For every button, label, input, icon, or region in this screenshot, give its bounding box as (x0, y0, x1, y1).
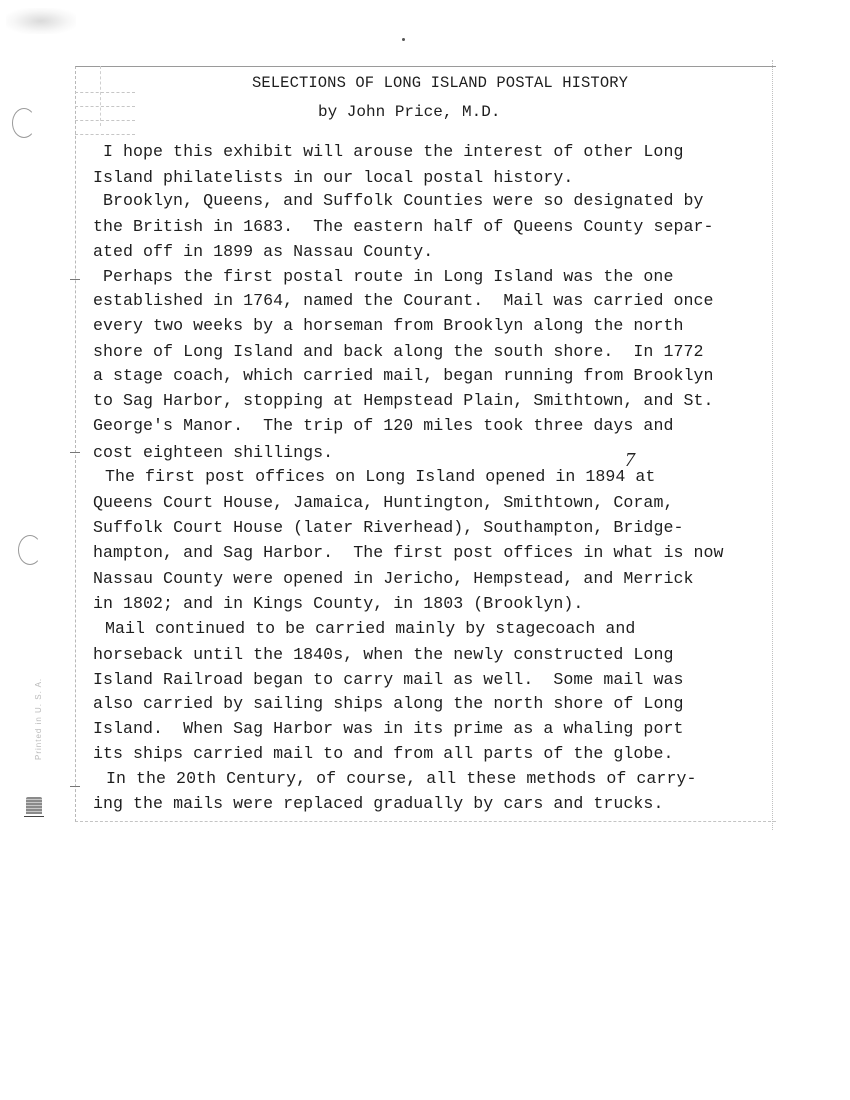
body-line: Nassau County were opened in Jericho, He… (93, 569, 693, 588)
union-label-underline (24, 816, 44, 817)
document-byline: by John Price, M.D. (318, 103, 500, 121)
body-line: horseback until the 1840s, when the newl… (93, 645, 673, 664)
union-label-icon (26, 797, 42, 814)
margin-tick (70, 786, 80, 787)
body-line: established in 1764, named the Courant. … (93, 291, 714, 310)
body-line: to Sag Harbor, stopping at Hempstead Pla… (93, 391, 714, 410)
body-line: Suffolk Court House (later Riverhead), S… (93, 518, 683, 537)
body-line: the British in 1683. The eastern half of… (93, 217, 714, 236)
body-line: every two weeks by a horseman from Brook… (93, 316, 683, 335)
document-title: SELECTIONS OF LONG ISLAND POSTAL HISTORY (0, 74, 850, 92)
document-page: Printed in U. S. A. SELECTIONS OF LONG I… (0, 0, 850, 1100)
body-line: Mail continued to be carried mainly by s… (105, 619, 635, 638)
ink-dot (402, 38, 405, 41)
punch-hole-icon (12, 108, 36, 138)
grid-line (75, 134, 135, 135)
body-line: its ships carried mail to and from all p… (93, 744, 673, 763)
margin-tick (70, 452, 80, 453)
grid-line (75, 92, 135, 93)
body-line: I hope this exhibit will arouse the inte… (103, 142, 683, 161)
form-grid-right-edge (772, 60, 773, 830)
body-line: The first post offices on Long Island op… (105, 467, 655, 486)
body-line: Island. When Sag Harbor was in its prime… (93, 719, 683, 738)
body-line: a stage coach, which carried mail, began… (93, 366, 714, 385)
body-line: cost eighteen shillings. (93, 443, 333, 462)
body-line: Brooklyn, Queens, and Suffolk Counties w… (103, 191, 703, 210)
body-line: ated off in 1899 as Nassau County. (93, 242, 433, 261)
body-line: ing the mails were replaced gradually by… (93, 794, 663, 813)
body-line: hampton, and Sag Harbor. The first post … (93, 543, 724, 562)
grid-line (75, 120, 135, 121)
margin-tick (70, 279, 80, 280)
body-line: George's Manor. The trip of 120 miles to… (93, 416, 673, 435)
body-line: shore of Long Island and back along the … (93, 342, 703, 361)
body-line: Island Railroad began to carry mail as w… (93, 670, 683, 689)
body-line: In the 20th Century, of course, all thes… (106, 769, 696, 788)
body-line: also carried by sailing ships along the … (93, 694, 683, 713)
grid-line (75, 106, 135, 107)
body-line: Island philatelists in our local postal … (93, 168, 573, 187)
scan-smudge (6, 8, 76, 34)
body-line: Queens Court House, Jamaica, Huntington,… (93, 493, 673, 512)
printed-in-usa-label: Printed in U. S. A. (34, 678, 43, 760)
body-line: in 1802; and in Kings County, in 1803 (B… (93, 594, 583, 613)
body-line: Perhaps the first postal route in Long I… (103, 267, 673, 286)
punch-hole-icon (18, 535, 42, 565)
